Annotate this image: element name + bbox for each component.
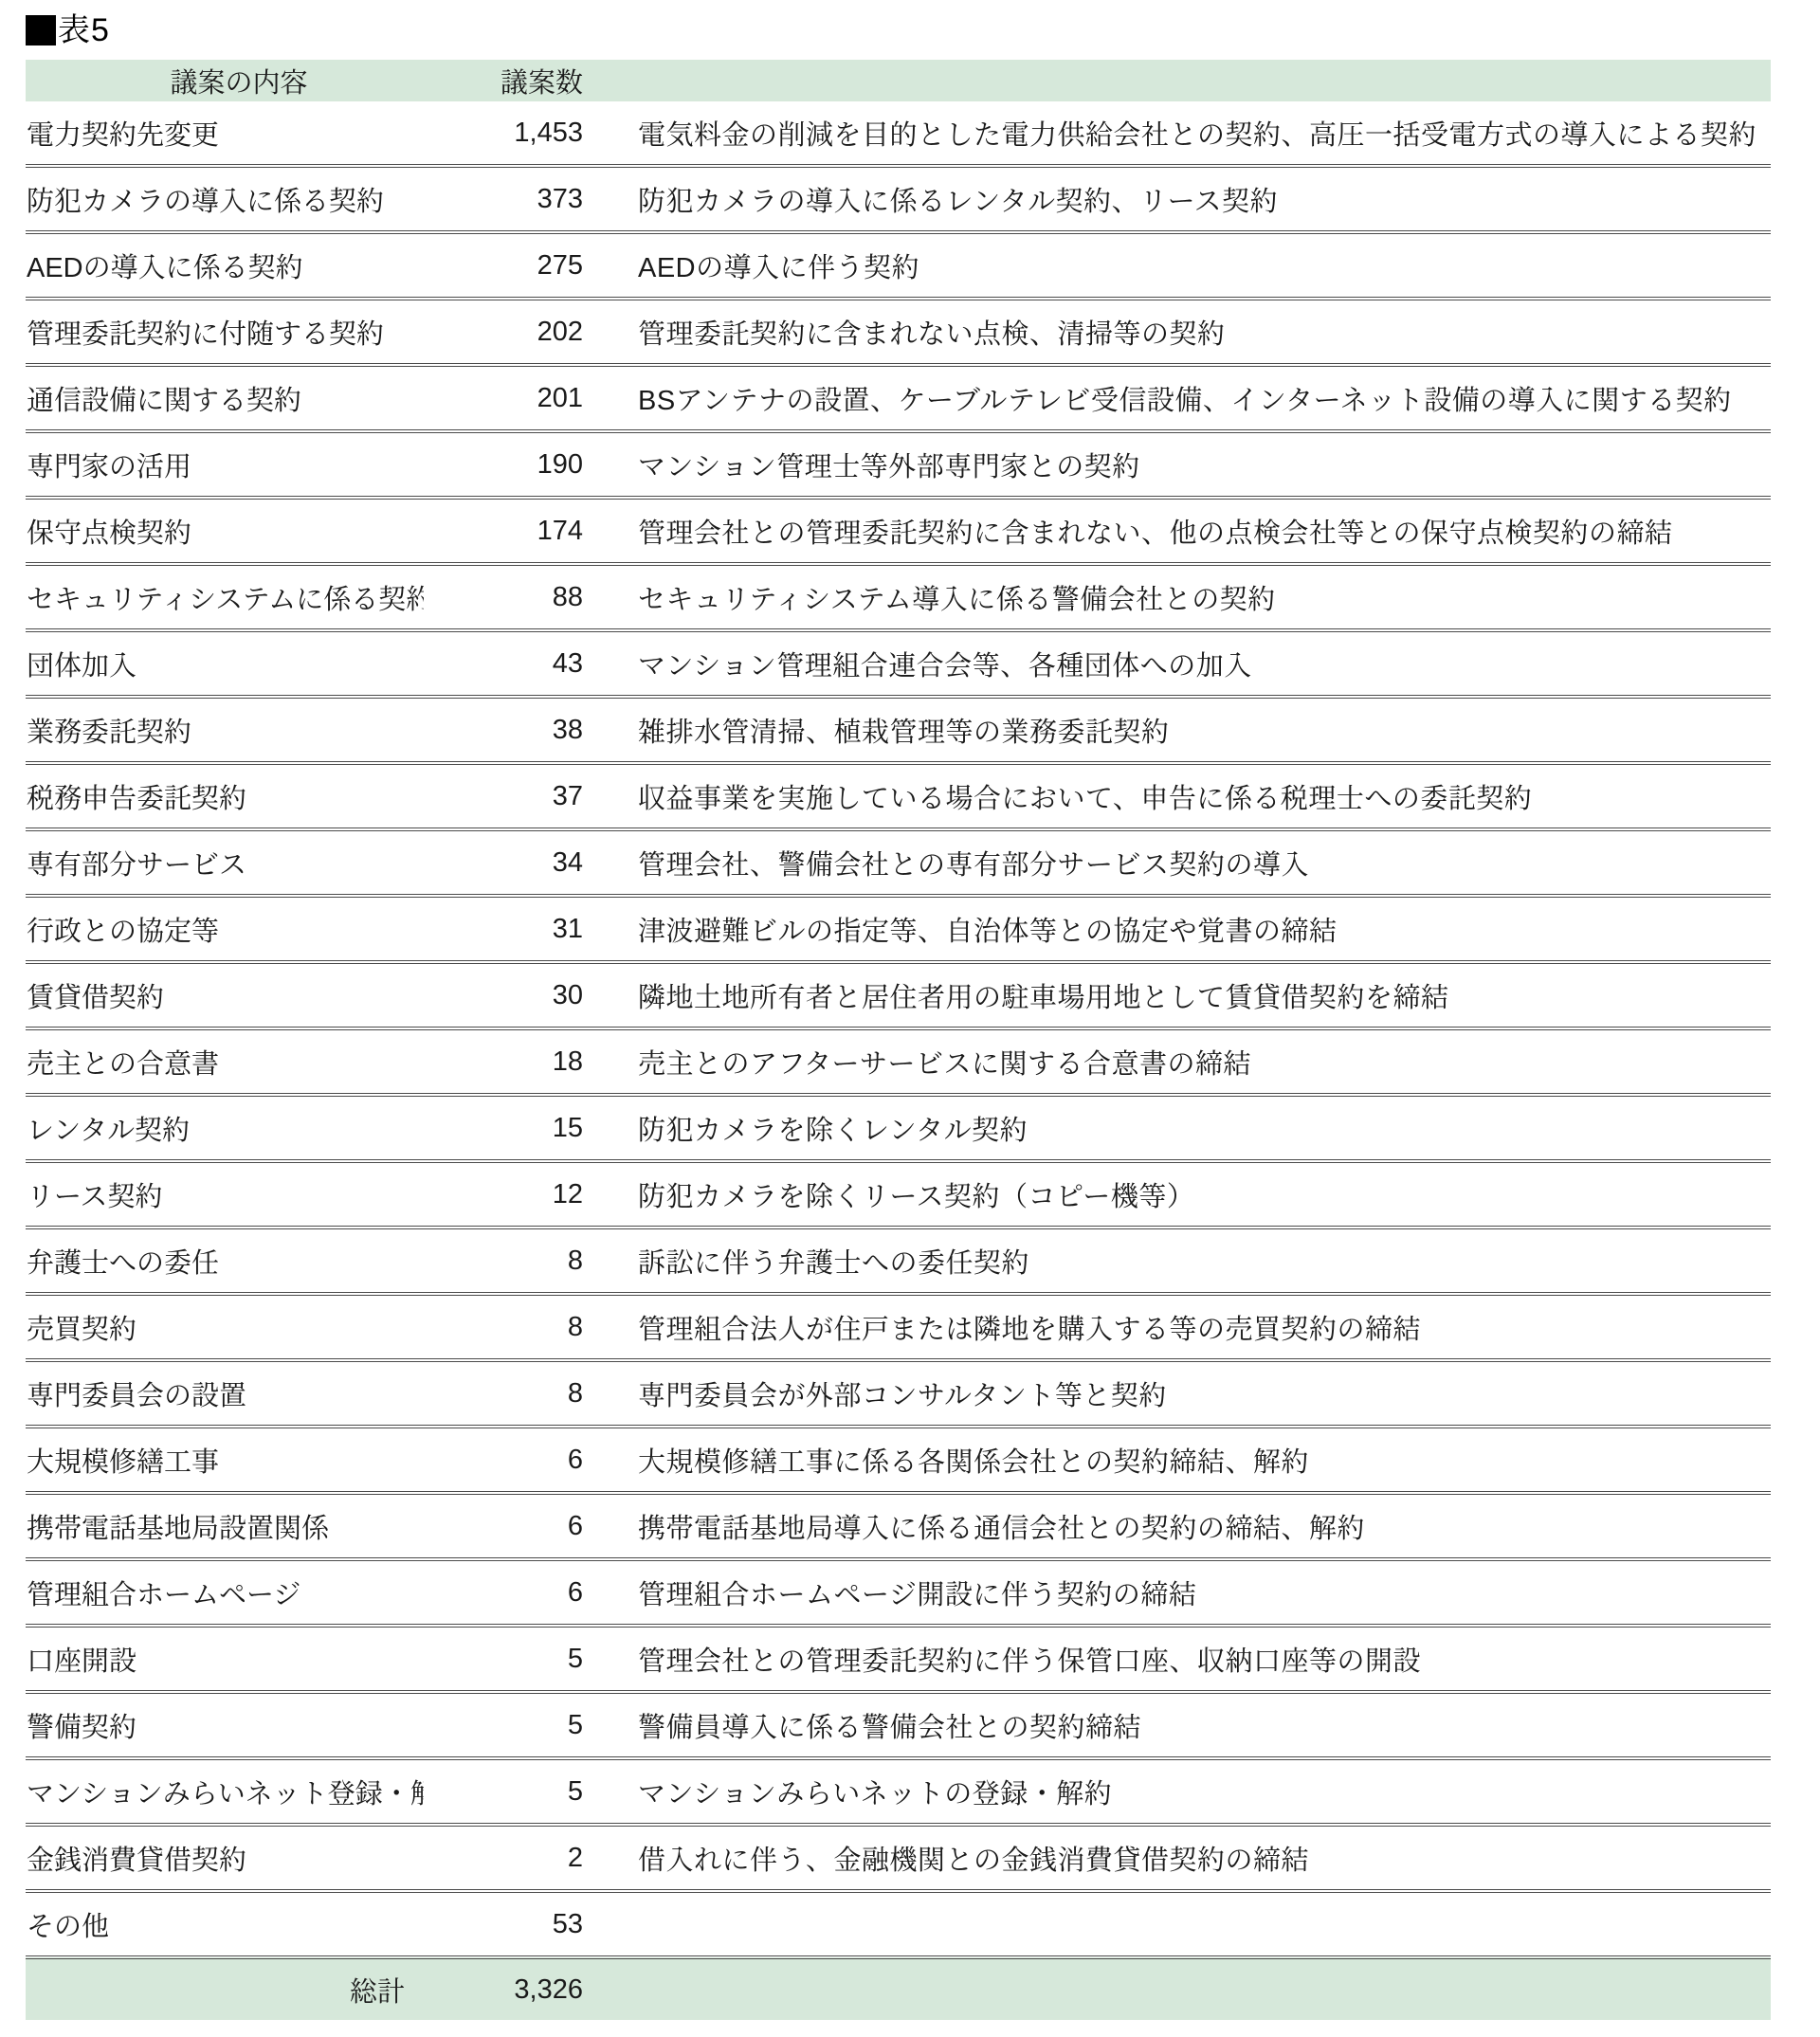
agenda-description-cell: 収益事業を実施している場合において、申告に係る税理士への委託契約 [590, 763, 1771, 829]
agenda-description-cell: 管理組合ホームページ開設に伴う契約の締結 [590, 1559, 1771, 1626]
agenda-content-cell: 賃貸借契約 [26, 962, 424, 1028]
agenda-description-cell: 管理委託契約に含まれない点検、清掃等の契約 [590, 299, 1771, 365]
table-row: 管理委託契約に付随する契約 202 管理委託契約に含まれない点検、清掃等の契約 [26, 299, 1771, 365]
table-row: 売主との合意書 18 売主とのアフターサービスに関する合意書の締結 [26, 1028, 1771, 1095]
agenda-description-cell: 専門委員会が外部コンサルタント等と契約 [590, 1360, 1771, 1427]
table-row: 賃貸借契約 30 隣地土地所有者と居住者用の駐車場用地として賃貸借契約を締結 [26, 962, 1771, 1028]
agenda-count-cell: 5 [424, 1692, 590, 1758]
agenda-description-cell: 管理組合法人が住戸または隣地を購入する等の売買契約の締結 [590, 1294, 1771, 1360]
header-content-cell: 議案の内容 [26, 60, 424, 101]
table-title: 表5 [26, 9, 110, 51]
agenda-description-cell: AEDの導入に伴う契約 [590, 232, 1771, 299]
agenda-count-cell: 53 [424, 1891, 590, 1957]
agenda-description-cell: 防犯カメラを除くリース契約（コピー機等） [590, 1161, 1771, 1228]
table-row: 保守点検契約 174 管理会社との管理委託契約に含まれない、他の点検会社等との保… [26, 498, 1771, 564]
total-row: 総計 3,326 [26, 1957, 1771, 2020]
table-row: マンションみらいネット登録・解約 5 マンションみらいネットの登録・解約 [26, 1758, 1771, 1825]
agenda-count-cell: 190 [424, 431, 590, 498]
agenda-count-cell: 30 [424, 962, 590, 1028]
table-row: 管理組合ホームページ 6 管理組合ホームページ開設に伴う契約の締結 [26, 1559, 1771, 1626]
agenda-content-cell: 専有部分サービス [26, 829, 424, 896]
agenda-content-cell: 行政との協定等 [26, 896, 424, 962]
agenda-content-cell: 管理委託契約に付随する契約 [26, 299, 424, 365]
agenda-content-cell: 業務委託契約 [26, 697, 424, 763]
agenda-count-cell: 6 [424, 1559, 590, 1626]
table-row: 口座開設 5 管理会社との管理委託契約に伴う保管口座、収納口座等の開設 [26, 1626, 1771, 1692]
header-count-cell: 議案数 [424, 60, 590, 101]
agenda-description-cell: 大規模修繕工事に係る各関係会社との契約締結、解約 [590, 1427, 1771, 1493]
agenda-content-cell: 専門家の活用 [26, 431, 424, 498]
agenda-description-cell: マンション管理組合連合会等、各種団体への加入 [590, 630, 1771, 697]
agenda-count-cell: 5 [424, 1626, 590, 1692]
agenda-count-cell: 2 [424, 1825, 590, 1891]
agenda-content-cell: セキュリティシステムに係る契約 [26, 564, 424, 630]
table-row: その他 53 [26, 1891, 1771, 1957]
agenda-content-cell: 税務申告委託契約 [26, 763, 424, 829]
table-row: 専門委員会の設置 8 専門委員会が外部コンサルタント等と契約 [26, 1360, 1771, 1427]
agenda-count-cell: 275 [424, 232, 590, 299]
agenda-description-cell [590, 1891, 1771, 1957]
agenda-description-cell: 津波避難ビルの指定等、自治体等との協定や覚書の締結 [590, 896, 1771, 962]
agenda-description-cell: 隣地土地所有者と居住者用の駐車場用地として賃貸借契約を締結 [590, 962, 1771, 1028]
table-row: 税務申告委託契約 37 収益事業を実施している場合において、申告に係る税理士への… [26, 763, 1771, 829]
agenda-count-cell: 8 [424, 1360, 590, 1427]
agenda-count-cell: 15 [424, 1095, 590, 1161]
black-square-icon [26, 15, 56, 45]
agenda-table: 議案の内容 議案数 電力契約先変更 1,453 電気料金の削減を目的とした電力供… [26, 60, 1771, 2020]
agenda-content-cell: 保守点検契約 [26, 498, 424, 564]
table-row: 防犯カメラの導入に係る契約 373 防犯カメラの導入に係るレンタル契約、リース契… [26, 166, 1771, 232]
agenda-description-cell: セキュリティシステム導入に係る警備会社との契約 [590, 564, 1771, 630]
agenda-content-cell: 警備契約 [26, 1692, 424, 1758]
table-row: 専門家の活用 190 マンション管理士等外部専門家との契約 [26, 431, 1771, 498]
table-row: レンタル契約 15 防犯カメラを除くレンタル契約 [26, 1095, 1771, 1161]
agenda-content-cell: 金銭消費貸借契約 [26, 1825, 424, 1891]
agenda-count-cell: 34 [424, 829, 590, 896]
table-title-text: 表5 [58, 9, 110, 51]
total-empty-cell [590, 1957, 1771, 2020]
agenda-description-cell: 管理会社、警備会社との専有部分サービス契約の導入 [590, 829, 1771, 896]
agenda-count-cell: 31 [424, 896, 590, 962]
agenda-description-cell: BSアンテナの設置、ケーブルテレビ受信設備、インターネット設備の導入に関する契約 [590, 365, 1771, 431]
agenda-description-cell: 携帯電話基地局導入に係る通信会社との契約の締結、解約 [590, 1493, 1771, 1559]
table-row: 警備契約 5 警備員導入に係る警備会社との契約締結 [26, 1692, 1771, 1758]
agenda-count-cell: 6 [424, 1427, 590, 1493]
agenda-count-cell: 43 [424, 630, 590, 697]
table-row: AEDの導入に係る契約 275 AEDの導入に伴う契約 [26, 232, 1771, 299]
agenda-content-cell: その他 [26, 1891, 424, 1957]
agenda-count-cell: 174 [424, 498, 590, 564]
agenda-description-cell: 雑排水管清掃、植栽管理等の業務委託契約 [590, 697, 1771, 763]
table-row: 電力契約先変更 1,453 電気料金の削減を目的とした電力供給会社との契約、高圧… [26, 101, 1771, 166]
table-row: 携帯電話基地局設置関係 6 携帯電話基地局導入に係る通信会社との契約の締結、解約 [26, 1493, 1771, 1559]
table-row: 業務委託契約 38 雑排水管清掃、植栽管理等の業務委託契約 [26, 697, 1771, 763]
agenda-description-cell: 借入れに伴う、金融機関との金銭消費貸借契約の締結 [590, 1825, 1771, 1891]
table-row: 大規模修繕工事 6 大規模修繕工事に係る各関係会社との契約締結、解約 [26, 1427, 1771, 1493]
agenda-content-cell: マンションみらいネット登録・解約 [26, 1758, 424, 1825]
agenda-content-cell: 電力契約先変更 [26, 101, 424, 166]
agenda-count-cell: 373 [424, 166, 590, 232]
agenda-content-cell: 通信設備に関する契約 [26, 365, 424, 431]
header-description-cell [590, 60, 1771, 101]
table-row: 弁護士への委任 8 訴訟に伴う弁護士への委任契約 [26, 1228, 1771, 1294]
total-label-cell: 総計 [26, 1957, 424, 2020]
agenda-description-cell: 防犯カメラを除くレンタル契約 [590, 1095, 1771, 1161]
agenda-description-cell: 電気料金の削減を目的とした電力供給会社との契約、高圧一括受電方式の導入による契約 [590, 101, 1771, 166]
agenda-description-cell: 売主とのアフターサービスに関する合意書の締結 [590, 1028, 1771, 1095]
agenda-content-cell: AEDの導入に係る契約 [26, 232, 424, 299]
table-row: 通信設備に関する契約 201 BSアンテナの設置、ケーブルテレビ受信設備、インタ… [26, 365, 1771, 431]
agenda-description-cell: マンションみらいネットの登録・解約 [590, 1758, 1771, 1825]
agenda-count-cell: 38 [424, 697, 590, 763]
table-row: 売買契約 8 管理組合法人が住戸または隣地を購入する等の売買契約の締結 [26, 1294, 1771, 1360]
agenda-content-cell: リース契約 [26, 1161, 424, 1228]
table-row: 専有部分サービス 34 管理会社、警備会社との専有部分サービス契約の導入 [26, 829, 1771, 896]
agenda-content-cell: 売買契約 [26, 1294, 424, 1360]
agenda-count-cell: 8 [424, 1228, 590, 1294]
table-row: 金銭消費貸借契約 2 借入れに伴う、金融機関との金銭消費貸借契約の締結 [26, 1825, 1771, 1891]
agenda-count-cell: 37 [424, 763, 590, 829]
agenda-count-cell: 88 [424, 564, 590, 630]
table-row: 行政との協定等 31 津波避難ビルの指定等、自治体等との協定や覚書の締結 [26, 896, 1771, 962]
agenda-count-cell: 5 [424, 1758, 590, 1825]
agenda-count-cell: 201 [424, 365, 590, 431]
table-row: セキュリティシステムに係る契約 88 セキュリティシステム導入に係る警備会社との… [26, 564, 1771, 630]
agenda-description-cell: 訴訟に伴う弁護士への委任契約 [590, 1228, 1771, 1294]
agenda-content-cell: 弁護士への委任 [26, 1228, 424, 1294]
table-body: 電力契約先変更 1,453 電気料金の削減を目的とした電力供給会社との契約、高圧… [26, 101, 1771, 1957]
agenda-count-cell: 12 [424, 1161, 590, 1228]
agenda-description-cell: 管理会社との管理委託契約に伴う保管口座、収納口座等の開設 [590, 1626, 1771, 1692]
agenda-description-cell: 管理会社との管理委託契約に含まれない、他の点検会社等との保守点検契約の締結 [590, 498, 1771, 564]
agenda-content-cell: 売主との合意書 [26, 1028, 424, 1095]
agenda-count-cell: 18 [424, 1028, 590, 1095]
agenda-content-cell: 管理組合ホームページ [26, 1559, 424, 1626]
agenda-count-cell: 1,453 [424, 101, 590, 166]
agenda-content-cell: 防犯カメラの導入に係る契約 [26, 166, 424, 232]
agenda-count-cell: 6 [424, 1493, 590, 1559]
agenda-count-cell: 8 [424, 1294, 590, 1360]
document-page: 表5 議案の内容 議案数 電力契約先変更 1,453 電気料金の削減を目的とした… [0, 0, 1820, 2037]
agenda-count-cell: 202 [424, 299, 590, 365]
table-row: 団体加入 43 マンション管理組合連合会等、各種団体への加入 [26, 630, 1771, 697]
agenda-content-cell: レンタル契約 [26, 1095, 424, 1161]
agenda-description-cell: 防犯カメラの導入に係るレンタル契約、リース契約 [590, 166, 1771, 232]
total-count-cell: 3,326 [424, 1957, 590, 2020]
agenda-description-cell: 警備員導入に係る警備会社との契約締結 [590, 1692, 1771, 1758]
table-row: リース契約 12 防犯カメラを除くリース契約（コピー機等） [26, 1161, 1771, 1228]
agenda-content-cell: 口座開設 [26, 1626, 424, 1692]
agenda-content-cell: 団体加入 [26, 630, 424, 697]
agenda-content-cell: 専門委員会の設置 [26, 1360, 424, 1427]
agenda-content-cell: 大規模修繕工事 [26, 1427, 424, 1493]
agenda-description-cell: マンション管理士等外部専門家との契約 [590, 431, 1771, 498]
agenda-content-cell: 携帯電話基地局設置関係 [26, 1493, 424, 1559]
header-row: 議案の内容 議案数 [26, 60, 1771, 101]
